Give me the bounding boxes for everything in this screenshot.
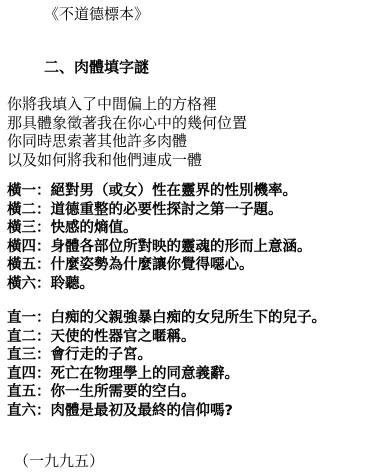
down-clue: 直四：死亡在物理學上的同意義辭。 [7,365,326,384]
section-title: 二、肉體填字謎 [44,58,149,76]
date: （一九九五） [14,452,104,470]
poem-line: 你同時思索著其他許多肉體 [7,132,247,151]
down-clue: 直三：會行走的子宮。 [7,346,326,365]
poem-line: 那具體象徵著我在你心中的幾何位置 [7,114,247,133]
poem-stanza: 你將我填入了中間偏上的方格裡 那具體象徵著我在你心中的幾何位置 你同時思索著其他… [7,95,247,169]
across-clue: 橫三：快感的熵值。 [7,219,312,238]
down-clue: 直六：肉體是最初及最終的信仰嗎? [7,402,326,421]
down-clues: 直一：白痴的父親強暴白痴的女兒所生下的兒子。 直二：天使的性器官之暱稱。 直三：… [7,309,326,420]
down-clue: 直一：白痴的父親強暴白痴的女兒所生下的兒子。 [7,309,326,328]
across-clue: 橫六：聆聽。 [7,275,312,294]
poem-line: 以及如何將我和他們連成一體 [7,151,247,170]
across-clue: 橫五：什麼姿勢為什麼讓你覺得噁心。 [7,256,312,275]
across-clues: 橫一：絕對男（或女）性在靈界的性別機率。 橫二：道德重整的必要性探討之第一子題。… [7,182,312,293]
down-clue: 直五：你一生所需要的空白。 [7,383,326,402]
poem-line: 你將我填入了中間偏上的方格裡 [7,95,247,114]
down-clue: 直二：天使的性器官之暱稱。 [7,328,326,347]
across-clue: 橫一：絕對男（或女）性在靈界的性別機率。 [7,182,312,201]
book-title: 《不道德標本》 [44,5,149,23]
across-clue: 橫二：道德重整的必要性探討之第一子題。 [7,201,312,220]
across-clue: 橫四：身體各部位所對映的靈魂的形而上意涵。 [7,238,312,257]
